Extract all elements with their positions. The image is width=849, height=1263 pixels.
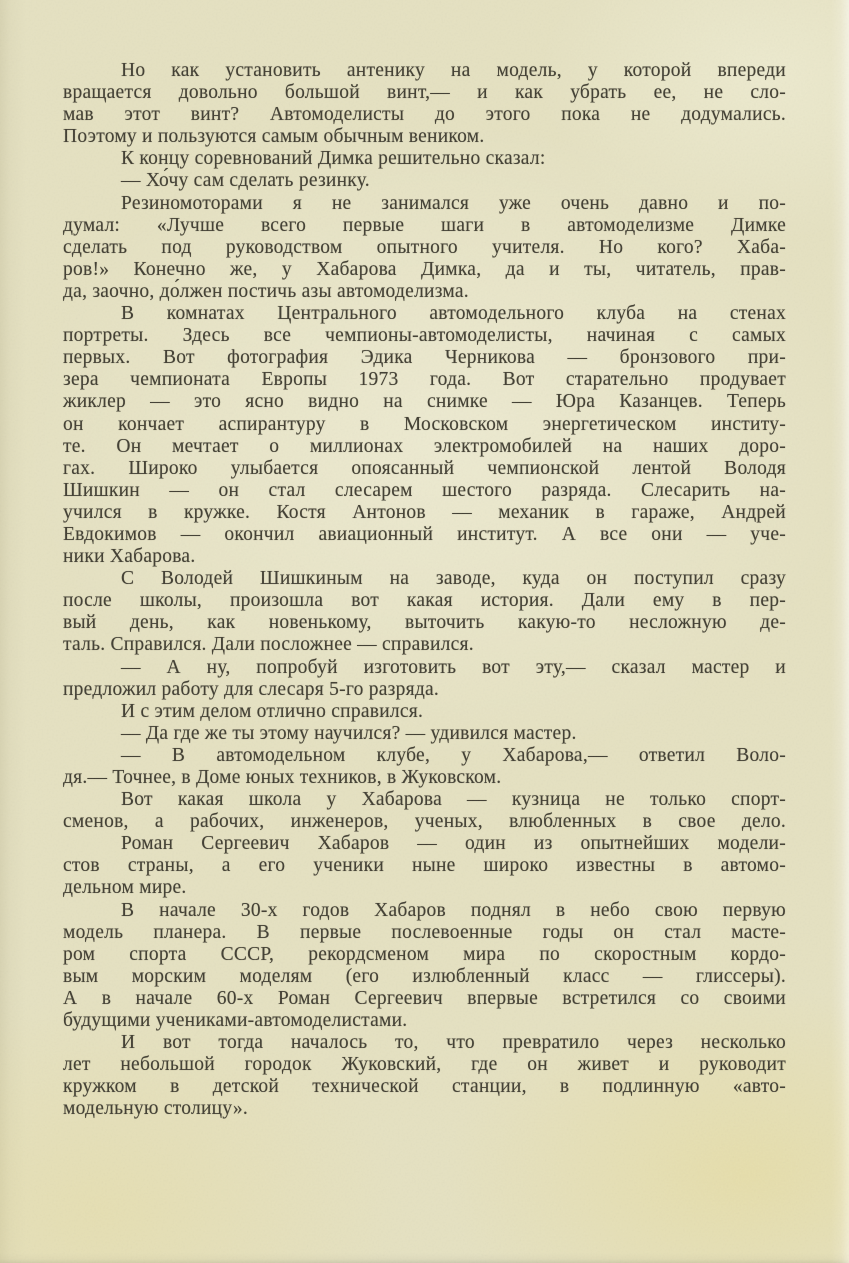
text-line: И с этим делом отлично справился. xyxy=(63,701,786,723)
text-line: лет небольшой городок Жуковский, где он … xyxy=(63,1054,786,1076)
text-line: — Хо́чу сам сделать резинку. xyxy=(63,170,786,192)
text-line: В начале 30-х годов Хабаров поднял в неб… xyxy=(63,900,786,922)
text-line: да, заочно, до́лжен постичь азы автомоде… xyxy=(63,281,786,303)
paragraph: К концу соревнований Димка решительно ск… xyxy=(63,148,786,170)
paragraph: — В автомодельном клубе, у Хабарова,— от… xyxy=(63,745,786,789)
text-line: зера чемпионата Европы 1973 года. Вот ст… xyxy=(63,369,786,391)
text-line: Вот какая школа у Хабарова — кузница не … xyxy=(63,789,786,811)
text-line: С Володей Шишкиным на заводе, куда он по… xyxy=(63,568,786,590)
text-line: ники Хабарова. xyxy=(63,546,786,568)
text-line: кружком в детской технической станции, в… xyxy=(63,1076,786,1098)
paragraph: И вот тогда началось то, что превратило … xyxy=(63,1032,786,1120)
text-line: после школы, произошла вот какая история… xyxy=(63,590,786,612)
paragraph: — Хо́чу сам сделать резинку. xyxy=(63,170,786,192)
text-line: портреты. Здесь все чемпионы-автомоделис… xyxy=(63,325,786,347)
text-line: те. Он мечтает о миллионах электромобиле… xyxy=(63,436,786,458)
text-line: Но как установить антенику на модель, у … xyxy=(63,60,786,82)
text-line: вым морским моделям (его излюбленный кла… xyxy=(63,966,786,988)
text-line: вращается довольно большой винт,— и как … xyxy=(63,82,786,104)
text-line: таль. Справился. Дали посложнее — справи… xyxy=(63,634,786,656)
text-line: — Да где же ты этому научился? — удивилс… xyxy=(63,723,786,745)
text-line: Шишкин — он стал слесарем шестого разряд… xyxy=(63,480,786,502)
paragraph: И с этим делом отлично справился. xyxy=(63,701,786,723)
text-line: дя.— Точнее, в Доме юных техников, в Жук… xyxy=(63,767,786,789)
text-line: он кончает аспирантуру в Московском энер… xyxy=(63,414,786,436)
text-line: К концу соревнований Димка решительно ск… xyxy=(63,148,786,170)
text-line: сменов, а рабочих, инженеров, ученых, вл… xyxy=(63,811,786,833)
paragraph: Роман Сергеевич Хабаров — один из опытне… xyxy=(63,833,786,899)
text-line: будущими учениками-автомоделистами. xyxy=(63,1010,786,1032)
text-line: модельную столицу». xyxy=(63,1098,786,1120)
paragraph: С Володей Шишкиным на заводе, куда он по… xyxy=(63,568,786,656)
text-line: ром спорта СССР, рекордсменом мира по ск… xyxy=(63,944,786,966)
paragraph: Но как установить антенику на модель, у … xyxy=(63,60,786,148)
text-line: — А ну, попробуй изготовить вот эту,— ск… xyxy=(63,657,786,679)
scanned-page: Но как установить антенику на модель, у … xyxy=(0,0,849,1263)
paragraph: — Да где же ты этому научился? — удивилс… xyxy=(63,723,786,745)
text-line: сделать под руководством опытного учител… xyxy=(63,237,786,259)
text-line: мав этот винт? Автомоделисты до этого по… xyxy=(63,104,786,126)
paragraph: Резиномоторами я не занимался уже очень … xyxy=(63,193,786,303)
text-line: думал: «Лучше всего первые шаги в автомо… xyxy=(63,215,786,237)
text-line: — В автомодельном клубе, у Хабарова,— от… xyxy=(63,745,786,767)
text-line: жиклер — это ясно видно на снимке — Юра … xyxy=(63,391,786,413)
paragraph: — А ну, попробуй изготовить вот эту,— ск… xyxy=(63,657,786,701)
text-line: дельном мире. xyxy=(63,877,786,899)
paragraph: В комнатах Центрального автомодельного к… xyxy=(63,303,786,568)
text-line: Роман Сергеевич Хабаров — один из опытне… xyxy=(63,833,786,855)
text-line: Евдокимов — окончил авиационный институт… xyxy=(63,524,786,546)
text-line: Резиномоторами я не занимался уже очень … xyxy=(63,193,786,215)
text-line: ров!» Конечно же, у Хабарова Димка, да и… xyxy=(63,259,786,281)
text-line: И вот тогда началось то, что превратило … xyxy=(63,1032,786,1054)
text-line: учился в кружке. Костя Антонов — механик… xyxy=(63,502,786,524)
text-line: первых. Вот фотография Эдика Черникова —… xyxy=(63,347,786,369)
text-line: В комнатах Центрального автомодельного к… xyxy=(63,303,786,325)
text-line: Поэтому и пользуются самым обычным веник… xyxy=(63,126,786,148)
text-line: А в начале 60-х Роман Сергеевич впервые … xyxy=(63,988,786,1010)
page-text: Но как установить антенику на модель, у … xyxy=(63,60,786,1121)
text-line: предложил работу для слесаря 5-го разряд… xyxy=(63,679,786,701)
paragraph: В начале 30-х годов Хабаров поднял в неб… xyxy=(63,900,786,1033)
text-line: вый день, как новенькому, выточить какую… xyxy=(63,612,786,634)
paragraph: Вот какая школа у Хабарова — кузница не … xyxy=(63,789,786,833)
text-line: гах. Широко улыбается опоясанный чемпион… xyxy=(63,458,786,480)
text-line: модель планера. В первые послевоенные го… xyxy=(63,922,786,944)
text-line: стов страны, а его ученики ныне широко и… xyxy=(63,855,786,877)
